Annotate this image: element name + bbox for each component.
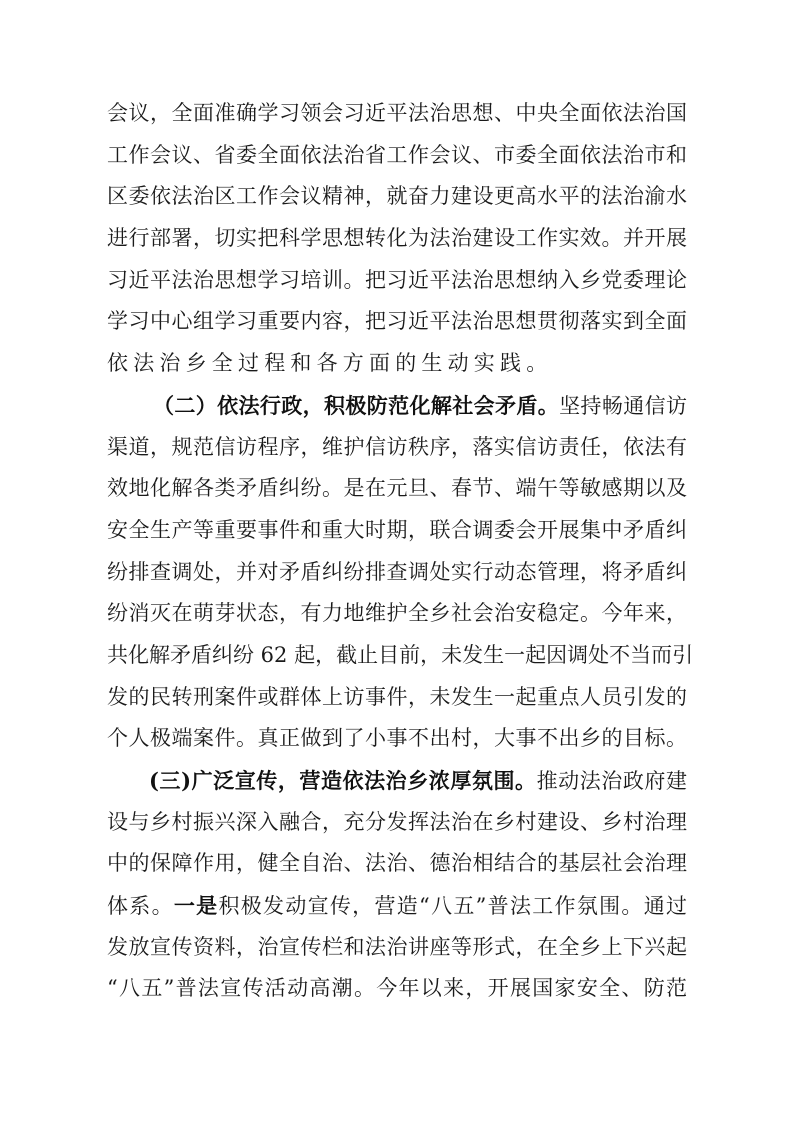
document-page: 会议，全面准确学习领会习近平法治思想、中央全面依法治国 工作会议、省委全面依法治… [0,0,793,1122]
text-line: 共化解矛盾纠纷 62 起，截止目前，未发生一起因调处不当而引 [107,635,687,677]
text-line: 安全生产等重要事件和重大时期，联合调委会开展集中矛盾纠 [107,510,687,552]
text-line: 依法治乡全过程和各方面的生动实践。 [107,343,687,385]
text-segment: 体系。 [107,894,174,918]
body-text: 会议，全面准确学习领会习近平法治思想、中央全面依法治国 工作会议、省委全面依法治… [107,93,687,1010]
text-line: 进行部署，切实把科学思想转化为法治建设工作实效。并开展 [107,218,687,260]
text-segment: 坚持畅通信访 [559,394,687,418]
text-line: 发放宣传资料，治宣传栏和法治讲座等形式，在全乡上下兴起 [107,927,687,969]
text-line: 个人极端案件。真正做到了小事不出村，大事不出乡的目标。 [107,718,687,760]
text-line: 发的民转刑案件或群体上访事件，未发生一起重点人员引发的 [107,677,687,719]
section-heading-line: (三)广泛宣传，营造依法治乡浓厚氛围。推动法治政府建 [107,760,687,802]
text-line: “八五”普法宣传活动高潮。今年以来，开展国家安全、防范 [107,968,687,1010]
text-line: 工作会议、省委全面依法治省工作会议、市委全面依法治市和 [107,135,687,177]
text-line: 学习中心组学习重要内容，把习近平法治思想贯彻落实到全面 [107,301,687,343]
text-line: 纷排查调处，并对矛盾纠纷排查调处实行动态管理，将矛盾纠 [107,552,687,594]
section-heading-three: (三)广泛宣传，营造依法治乡浓厚氛围。 [149,768,537,793]
section-heading-line: （二）依法行政，积极防范化解社会矛盾。坚持畅通信访 [107,385,687,427]
text-line: 会议，全面准确学习领会习近平法治思想、中央全面依法治国 [107,93,687,135]
text-line: 体系。一是积极发动宣传，营造“八五”普法工作氛围。通过 [107,885,687,927]
text-segment: 推动法治政府建 [537,769,687,793]
text-line: 中的保障作用，健全自治、法治、德治相结合的基层社会治理 [107,843,687,885]
section-heading-two: （二）依法行政，积极防范化解社会矛盾。 [153,393,559,418]
item-label-first: 一是 [174,893,219,918]
text-line: 习近平法治思想学习培训。把习近平法治思想纳入乡党委理论 [107,260,687,302]
paragraph-section-three: (三)广泛宣传，营造依法治乡浓厚氛围。推动法治政府建 设与乡村振兴深入融合，充分… [107,760,687,1010]
text-line: 效地化解各类矛盾纠纷。是在元旦、春节、端午等敏感期以及 [107,468,687,510]
text-line: 渠道，规范信访程序，维护信访秩序，落实信访责任，依法有 [107,427,687,469]
text-line: 区委依法治区工作会议精神，就奋力建设更高水平的法治渝水 [107,176,687,218]
text-segment: 积极发动宣传，营造“八五”普法工作氛围。通过 [218,894,687,918]
text-line: 纷消灭在萌芽状态，有力地维护全乡社会治安稳定。今年来， [107,593,687,635]
text-line: 设与乡村振兴深入融合，充分发挥法治在乡村建设、乡村治理 [107,802,687,844]
paragraph-study-meetings: 会议，全面准确学习领会习近平法治思想、中央全面依法治国 工作会议、省委全面依法治… [107,93,687,385]
paragraph-section-two: （二）依法行政，积极防范化解社会矛盾。坚持畅通信访 渠道，规范信访程序，维护信访… [107,385,687,760]
